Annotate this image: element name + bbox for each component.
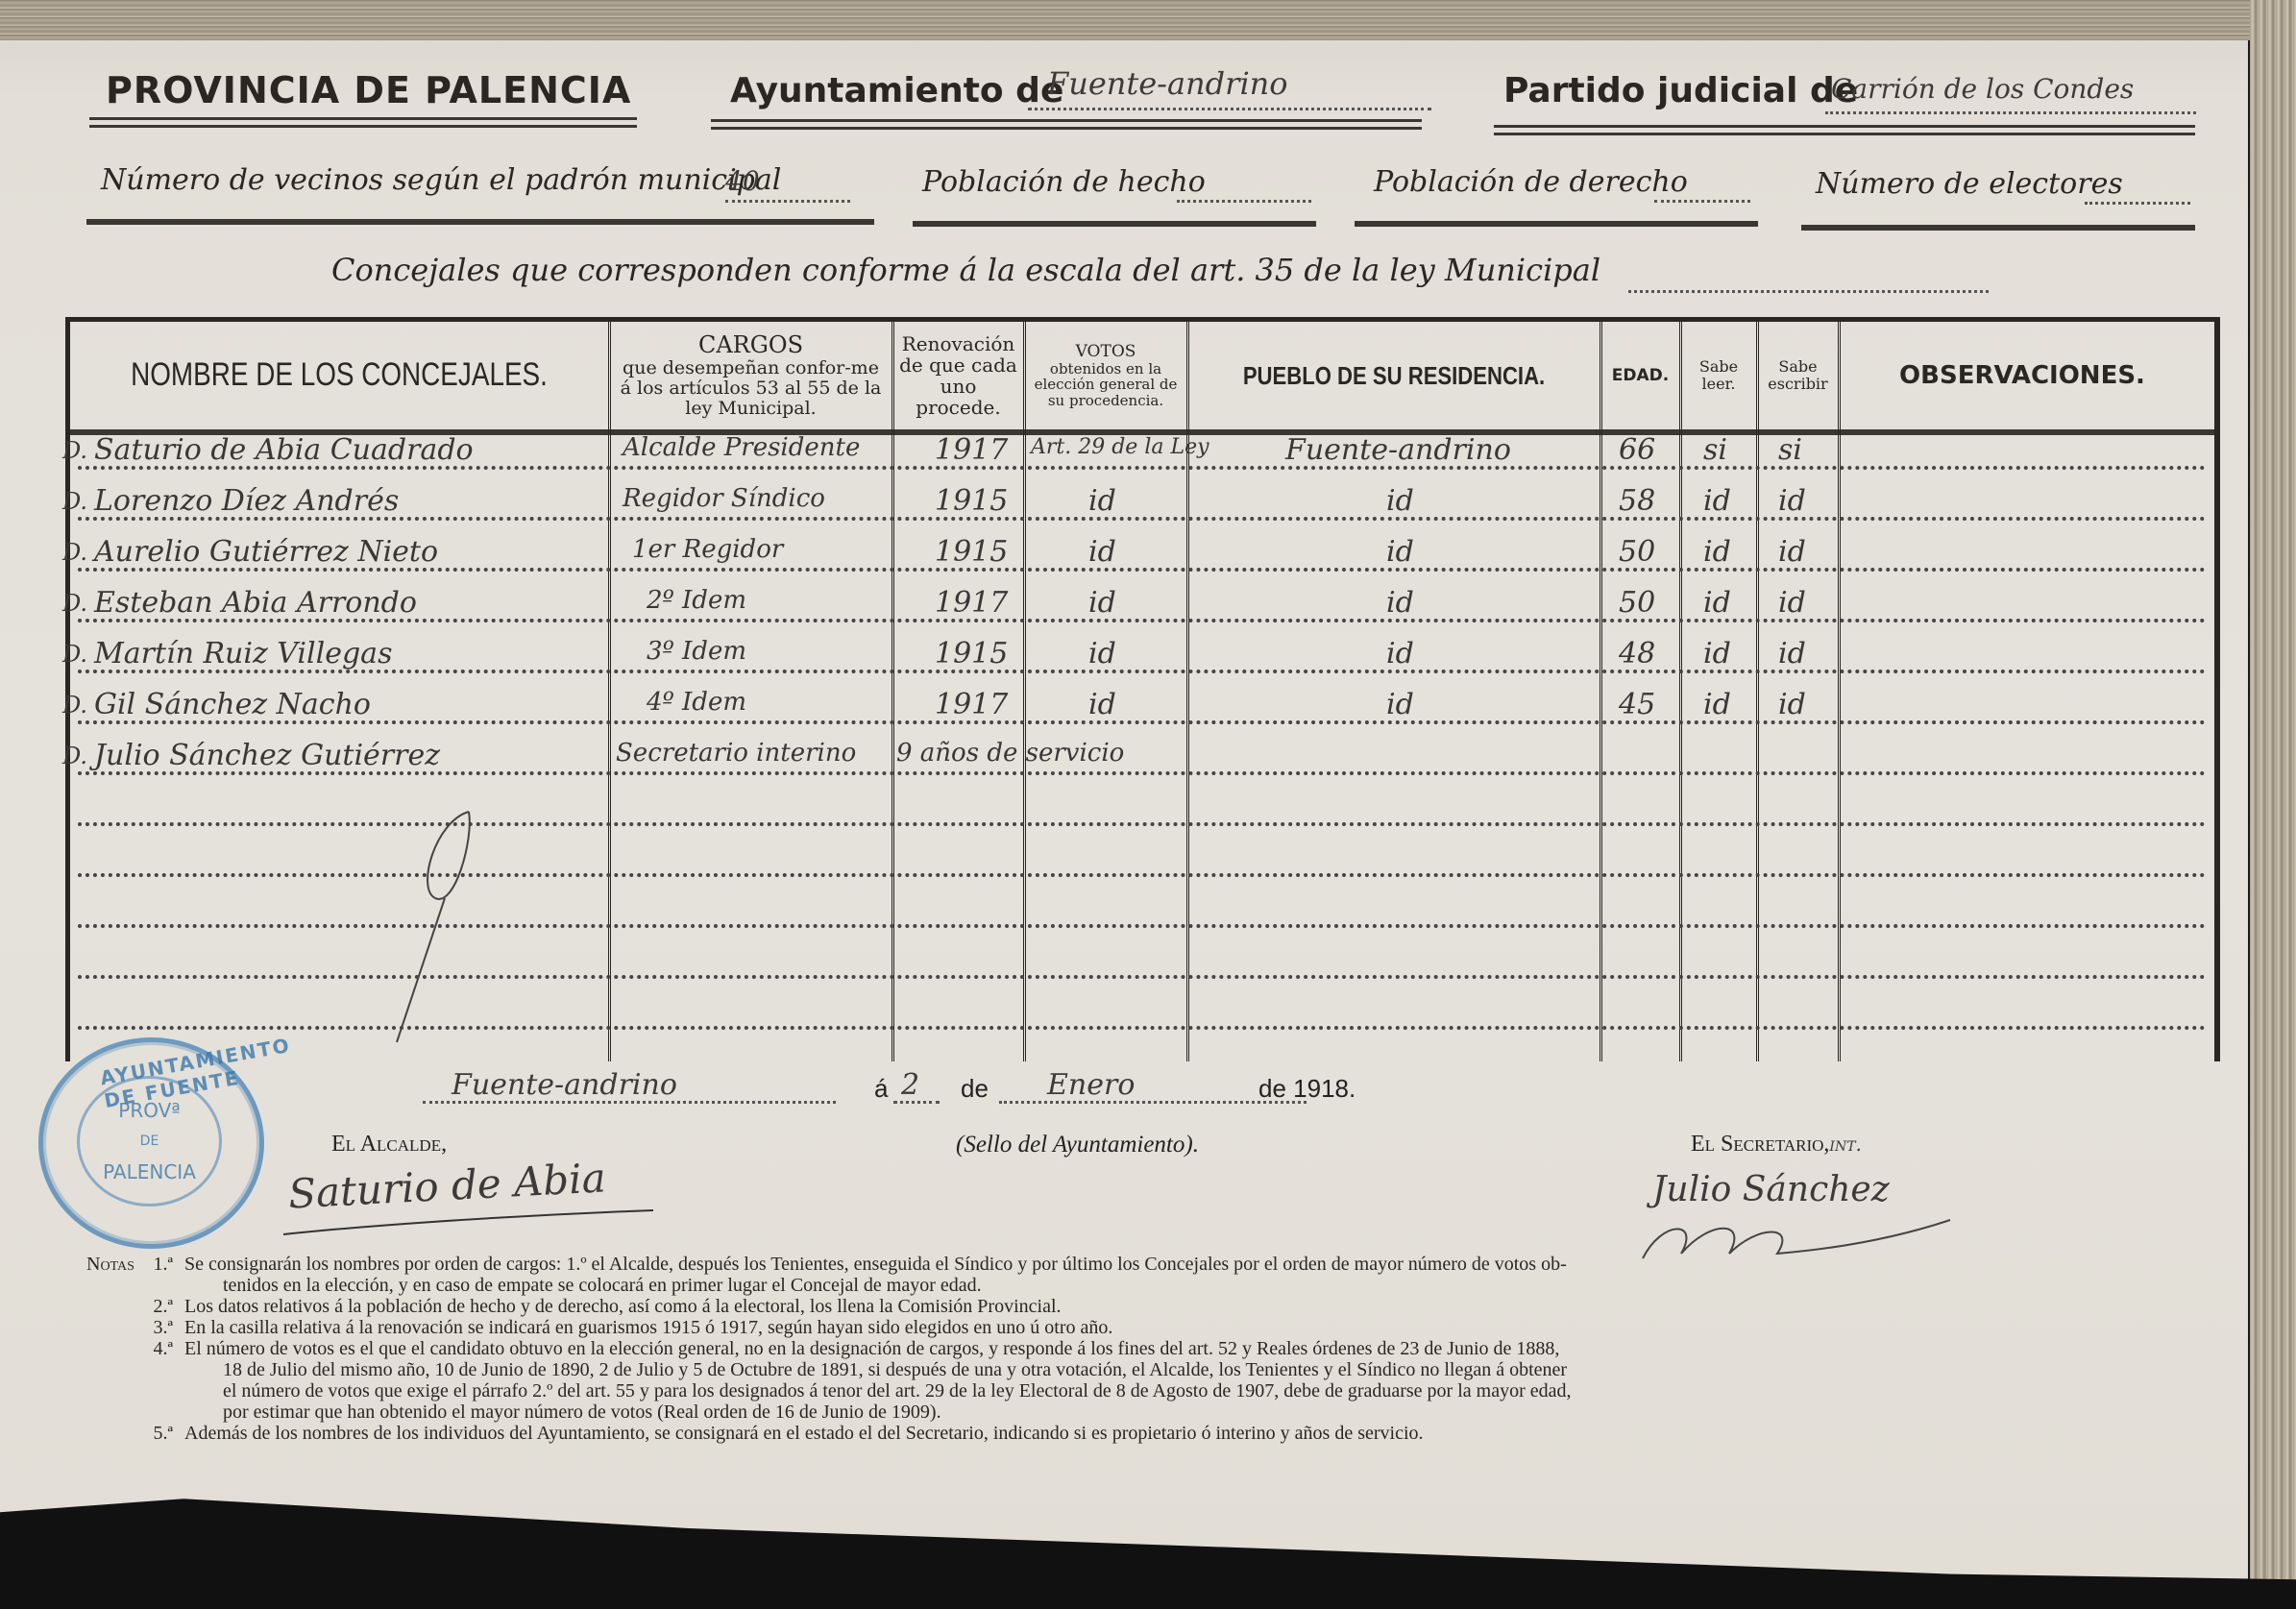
note-item: 3.ª En la casilla relativa á la renovaci… [96,1317,2133,1338]
concejales-label: Concejales que corresponden conforme á l… [331,252,1600,288]
row-pueblo: id [1386,484,1414,518]
partido-field: Carrión de los Condes [1825,73,2196,114]
column-divider [1023,322,1026,1061]
header-edad: EDAD. [1601,322,1679,429]
row-votos: id [1088,586,1116,620]
row-nombre: Martín Ruiz Villegas [94,637,392,670]
row-escribir: id [1778,688,1806,721]
date-de: de [961,1074,989,1104]
sello-label: (Sello del Ayuntamiento). [956,1132,1199,1158]
header-votos: VOTOS obtenidos en la elección general d… [1025,322,1186,429]
row-prefix: D. [62,692,87,719]
row-pueblo: id [1386,637,1414,670]
alcalde-label: El Alcalde, [331,1132,447,1158]
row-edad: 66 [1619,433,1655,467]
note-line: Además de los nombres de los individuos … [184,1423,2133,1444]
vecinos-field: 40 [725,165,850,203]
secretario-note: int. [1829,1133,1861,1156]
row-leer: id [1703,586,1731,620]
poblacion-derecho-label: Población de derecho [1374,165,1688,199]
column-divider [892,322,894,1061]
column-divider [608,322,611,1061]
row-pueblo: id [1386,688,1414,721]
header-leer: Sabe leer. [1681,322,1756,429]
row-renovacion: 1915 [935,535,1008,569]
row-renovacion: 1917 [935,688,1008,721]
row-prefix: D. [62,743,87,769]
secretario-label: El Secretario,int. [1691,1132,1862,1158]
stamp-line: PROVª [118,1095,180,1126]
row-escribir: id [1778,637,1806,670]
divider [913,221,1316,227]
row-pueblo: Fuente-andrino [1285,433,1511,467]
note-line: tenidos en la elección, y en caso de emp… [184,1275,2133,1296]
notes-label: Notas [86,1254,134,1275]
note-item: 4.ª El número de votos es el que el cand… [96,1338,2133,1423]
note-line: El número de votos es el que el candidat… [184,1338,2133,1359]
row-nombre: Julio Sánchez Gutiérrez [94,739,440,772]
divider [711,119,1422,130]
row-renovacion: 1917 [935,586,1008,620]
stamp-line: PALENCIA [103,1157,196,1187]
poblacion-hecho-field [1177,167,1311,203]
row-nombre: Saturio de Abia Cuadrado [94,433,474,467]
header-renovacion: Renovación de que cada uno procede. [893,322,1023,429]
divider [89,117,637,128]
note-item: 1.ª Se consignarán los nombres por orden… [96,1254,2133,1296]
row-edad: 45 [1619,688,1655,721]
header-nombre: NOMBRE DE LOS CONCEJALES. [118,322,559,429]
secretario-signature: Julio Sánchez [1652,1170,1890,1209]
pen-stroke [378,802,493,1052]
partido-value: Carrión de los Condes [1831,73,2134,105]
notes-section: Notas 1.ª Se consignarán los nombres por… [96,1254,2133,1444]
row-renovacion: 1917 [935,433,1008,467]
row-leer: id [1703,484,1731,518]
note-number: 2.ª [96,1296,184,1317]
row-cargo: 1er Regidor [632,535,783,564]
row-line [78,720,2207,724]
date-place: Fuente-andrino [423,1068,836,1104]
row-edad: 48 [1619,637,1655,670]
row-nombre: Gil Sánchez Nacho [94,688,371,721]
poblacion-hecho-label: Población de hecho [922,165,1206,199]
note-line: 18 de Julio del mismo año, 10 de Junio d… [184,1359,2133,1380]
partido-label: Partido judicial de [1503,71,1858,110]
row-renovacion: 1915 [935,637,1008,670]
row-cargo: 3º Idem [647,637,746,666]
note-line: el número de votos que exige el párrafo … [184,1380,2133,1402]
alcalde-flourish [279,1206,663,1244]
header-pueblo: PUEBLO DE SU RESIDENCIA. [1219,322,1569,429]
divider [86,219,874,225]
row-edad: 50 [1619,535,1655,569]
electores-label: Número de electores [1816,167,2123,201]
row-prefix: D. [62,641,87,668]
row-nombre: Aurelio Gutiérrez Nieto [94,535,438,569]
note-line: por estimar que han obtenido el mayor nú… [184,1402,2133,1423]
row-votos: id [1088,484,1116,518]
header-votos-title: VOTOS [1076,343,1136,361]
note-number: 4.ª [96,1338,184,1423]
row-leer: id [1703,535,1731,569]
header-votos-sub: obtenidos en la elección general de su p… [1029,361,1183,409]
header-observaciones: OBSERVACIONES. [1840,322,2205,429]
row-cargo: 4º Idem [647,688,746,717]
column-divider [1838,322,1841,1061]
divider [1494,125,2195,135]
row-votos: id [1088,688,1116,721]
divider [1801,225,2195,231]
row-prefix: D. [62,590,87,617]
vecinos-value: 40 [725,165,760,197]
vecinos-label: Número de vecinos según el padrón munici… [101,163,781,197]
stamp-center: PROVª DE PALENCIA [77,1076,222,1207]
row-cargo: 2º Idem [647,586,746,615]
row-line [78,670,2207,673]
electores-field [2085,171,2190,205]
column-divider [1186,322,1189,1061]
header-cargos: CARGOS que desempeñan confor-me á los ar… [610,322,892,429]
row-votos: id [1088,637,1116,670]
date-day: 2 [893,1068,940,1104]
note-item: 2.ª Los datos relativos á la población d… [96,1296,2133,1317]
row-votos: id [1088,535,1116,569]
province-title: PROVINCIA DE PALENCIA [106,69,631,111]
header-cargos-title: CARGOS [698,332,803,357]
row-escribir: id [1778,535,1806,569]
row-renovacion: 9 años de servicio [896,739,1124,768]
note-line: Se consignarán los nombres por orden de … [184,1254,2133,1275]
ayuntamiento-value: Fuente-andrino [1047,65,1288,102]
column-divider [1679,322,1682,1061]
concejales-field [1628,261,1989,293]
row-escribir: si [1778,433,1802,467]
poblacion-derecho-field [1654,169,1750,203]
row-edad: 58 [1619,484,1655,518]
row-prefix: D. [62,437,87,464]
row-nombre: Esteban Abia Arrondo [94,586,417,620]
secretario-label-text: El Secretario, [1691,1132,1829,1157]
date-line: Fuente-andrino á 2 de Enero de 1918. [423,1068,1374,1107]
book-page-edges-right [2250,0,2296,1609]
row-pueblo: id [1386,586,1414,620]
row-cargo: Secretario interino [616,739,856,768]
ayuntamiento-field: Fuente-andrino [1028,65,1431,110]
column-divider [1600,322,1602,1061]
row-renovacion: 1915 [935,484,1008,518]
row-leer: id [1703,637,1731,670]
header-escribir: Sabe escribir [1758,322,1838,429]
row-escribir: id [1778,484,1806,518]
ayuntamiento-label: Ayuntamiento de [730,71,1063,110]
row-prefix: D. [62,488,87,515]
concejales-table: NOMBRE DE LOS CONCEJALES. CARGOS que des… [65,317,2220,1061]
note-number: 3.ª [96,1317,184,1338]
row-prefix: D. [62,539,87,566]
ayuntamiento-stamp: AYUNTAMIENTO DE FUENTE PROVª DE PALENCIA [38,1037,264,1249]
document-page: PROVINCIA DE PALENCIA Ayuntamiento de Fu… [0,0,2248,1609]
stamp-line: DE [140,1126,159,1157]
row-edad: 50 [1619,586,1655,620]
divider [1355,221,1758,227]
note-number: 5.ª [96,1423,184,1444]
header-cargos-sub: que desempeñan confor-me á los artículos… [617,358,886,419]
row-nombre: Lorenzo Díez Andrés [94,484,399,518]
book-page-edges-top [0,0,2296,40]
note-item: 5.ª Además de los nombres de los individ… [96,1423,2133,1444]
row-cargo: Regidor Síndico [623,484,825,513]
date-a: á [874,1074,888,1104]
row-cargo: Alcalde Presidente [623,433,860,462]
row-pueblo: id [1386,535,1414,569]
row-leer: si [1703,433,1727,467]
row-escribir: id [1778,586,1806,620]
row-votos: Art. 29 de la Ley [1031,435,1209,459]
column-divider [1756,322,1759,1061]
note-line: Los datos relativos á la población de he… [184,1296,2133,1317]
date-year: de 1918. [1258,1074,1356,1104]
row-leer: id [1703,688,1731,721]
note-line: En la casilla relativa á la renovación s… [184,1317,2133,1338]
